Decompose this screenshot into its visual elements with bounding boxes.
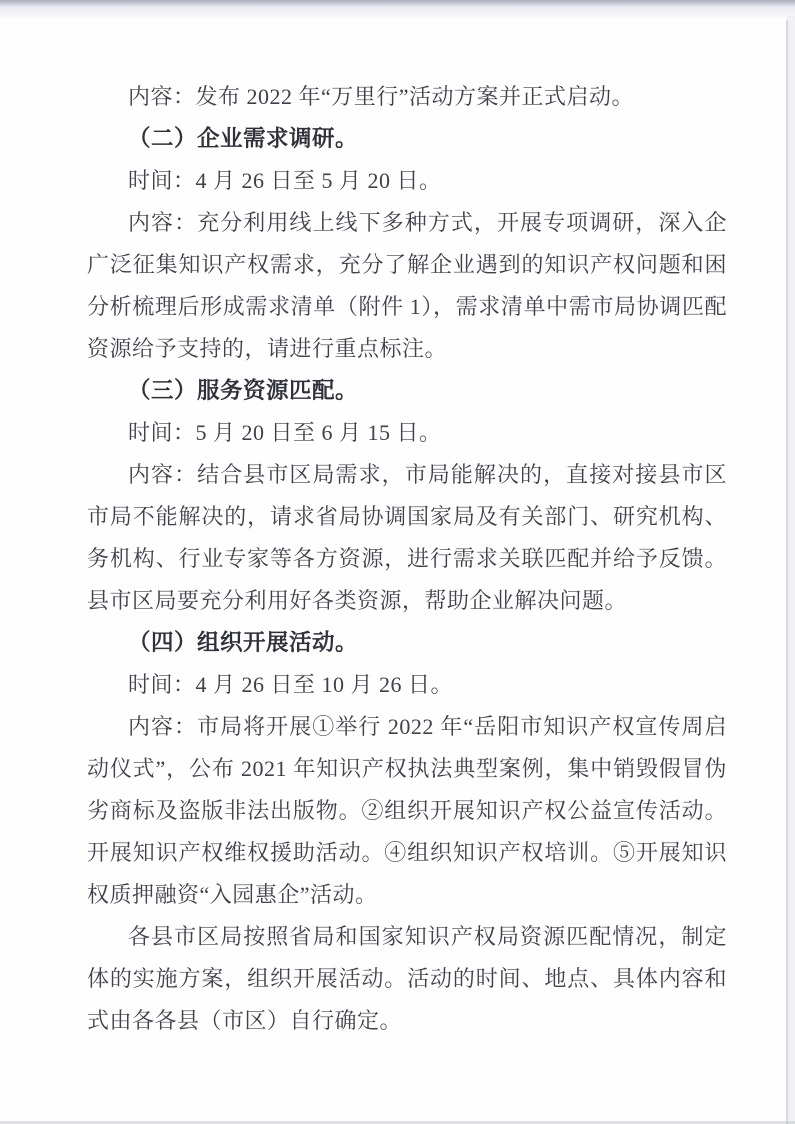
paragraph-content-2: 内容：充分利用线上线下多种方式，开展专项调研，深入企业 广泛征集知识产权需求，充… xyxy=(87,202,727,370)
text-line: 内容：发布 2022 年“万里行”活动方案并正式启动。 xyxy=(87,76,727,118)
text-line: 式由各各县（市区）自行确定。 xyxy=(87,1000,727,1042)
text-line: 分析梳理后形成需求清单（附件 1），需求清单中需市局协调匹配 xyxy=(87,286,727,328)
paragraph-time-4: 时间：4 月 26 日至 10 月 26 日。 xyxy=(87,664,727,706)
text-line: 资源给予支持的，请进行重点标注。 xyxy=(87,328,727,370)
scan-edge-right-strip xyxy=(787,16,795,1124)
text-line: 时间：4 月 26 日至 5 月 20 日。 xyxy=(87,160,727,202)
text-line: 时间：4 月 26 日至 10 月 26 日。 xyxy=(87,664,727,706)
scan-edge-right-line xyxy=(786,20,788,1124)
paragraph-content-4: 内容：市局将开展①举行 2022 年“岳阳市知识产权宣传周启 动仪式”，公布 2… xyxy=(87,706,727,916)
document-body: 内容：发布 2022 年“万里行”活动方案并正式启动。 （二）企业需求调研。 时… xyxy=(87,76,727,1042)
heading-line: （三）服务资源匹配。 xyxy=(87,370,727,412)
text-line: 广泛征集知识产权需求，充分了解企业遇到的知识产权问题和困难， xyxy=(87,244,727,286)
section-heading-4: （四）组织开展活动。 xyxy=(87,622,727,664)
paragraph-closing: 各县市区局按照省局和国家知识产权局资源匹配情况，制定具 体的实施方案，组织开展活… xyxy=(87,916,727,1042)
text-line: 开展知识产权维权援助活动。④组织知识产权培训。⑤开展知识产 xyxy=(87,832,727,874)
text-line: 体的实施方案，组织开展活动。活动的时间、地点、具体内容和形 xyxy=(87,958,727,1000)
paragraph-time-2: 时间：4 月 26 日至 5 月 20 日。 xyxy=(87,160,727,202)
text-line: 时间：5 月 20 日至 6 月 15 日。 xyxy=(87,412,727,454)
text-line: 务机构、行业专家等各方资源，进行需求关联匹配并给予反馈。各 xyxy=(87,538,727,580)
text-line: 市局不能解决的，请求省局协调国家局及有关部门、研究机构、服 xyxy=(87,496,727,538)
section-heading-2: （二）企业需求调研。 xyxy=(87,118,727,160)
scanned-document-page: 内容：发布 2022 年“万里行”活动方案并正式启动。 （二）企业需求调研。 时… xyxy=(0,0,795,1124)
text-line: 各县市区局按照省局和国家知识产权局资源匹配情况，制定具 xyxy=(87,916,727,958)
text-line: 内容：结合县市区局需求，市局能解决的，直接对接县市区局， xyxy=(87,454,727,496)
text-line: 内容：充分利用线上线下多种方式，开展专项调研，深入企业 xyxy=(87,202,727,244)
text-line: 内容：市局将开展①举行 2022 年“岳阳市知识产权宣传周启 xyxy=(87,706,727,748)
text-line: 权质押融资“入园惠企”活动。 xyxy=(87,874,727,916)
text-line: 劣商标及盗版非法出版物。②组织开展知识产权公益宣传活动。③ xyxy=(87,790,727,832)
text-line: 动仪式”，公布 2021 年知识产权执法典型案例，集中销毁假冒伪 xyxy=(87,748,727,790)
text-line: 县市区局要充分利用好各类资源，帮助企业解决问题。 xyxy=(87,580,727,622)
heading-line: （四）组织开展活动。 xyxy=(87,622,727,664)
section-heading-3: （三）服务资源匹配。 xyxy=(87,370,727,412)
heading-line: （二）企业需求调研。 xyxy=(87,118,727,160)
paragraph-activity-launch: 内容：发布 2022 年“万里行”活动方案并正式启动。 xyxy=(87,76,727,118)
paragraph-content-3: 内容：结合县市区局需求，市局能解决的，直接对接县市区局， 市局不能解决的，请求省… xyxy=(87,454,727,622)
scan-edge-top xyxy=(0,0,795,20)
paragraph-time-3: 时间：5 月 20 日至 6 月 15 日。 xyxy=(87,412,727,454)
